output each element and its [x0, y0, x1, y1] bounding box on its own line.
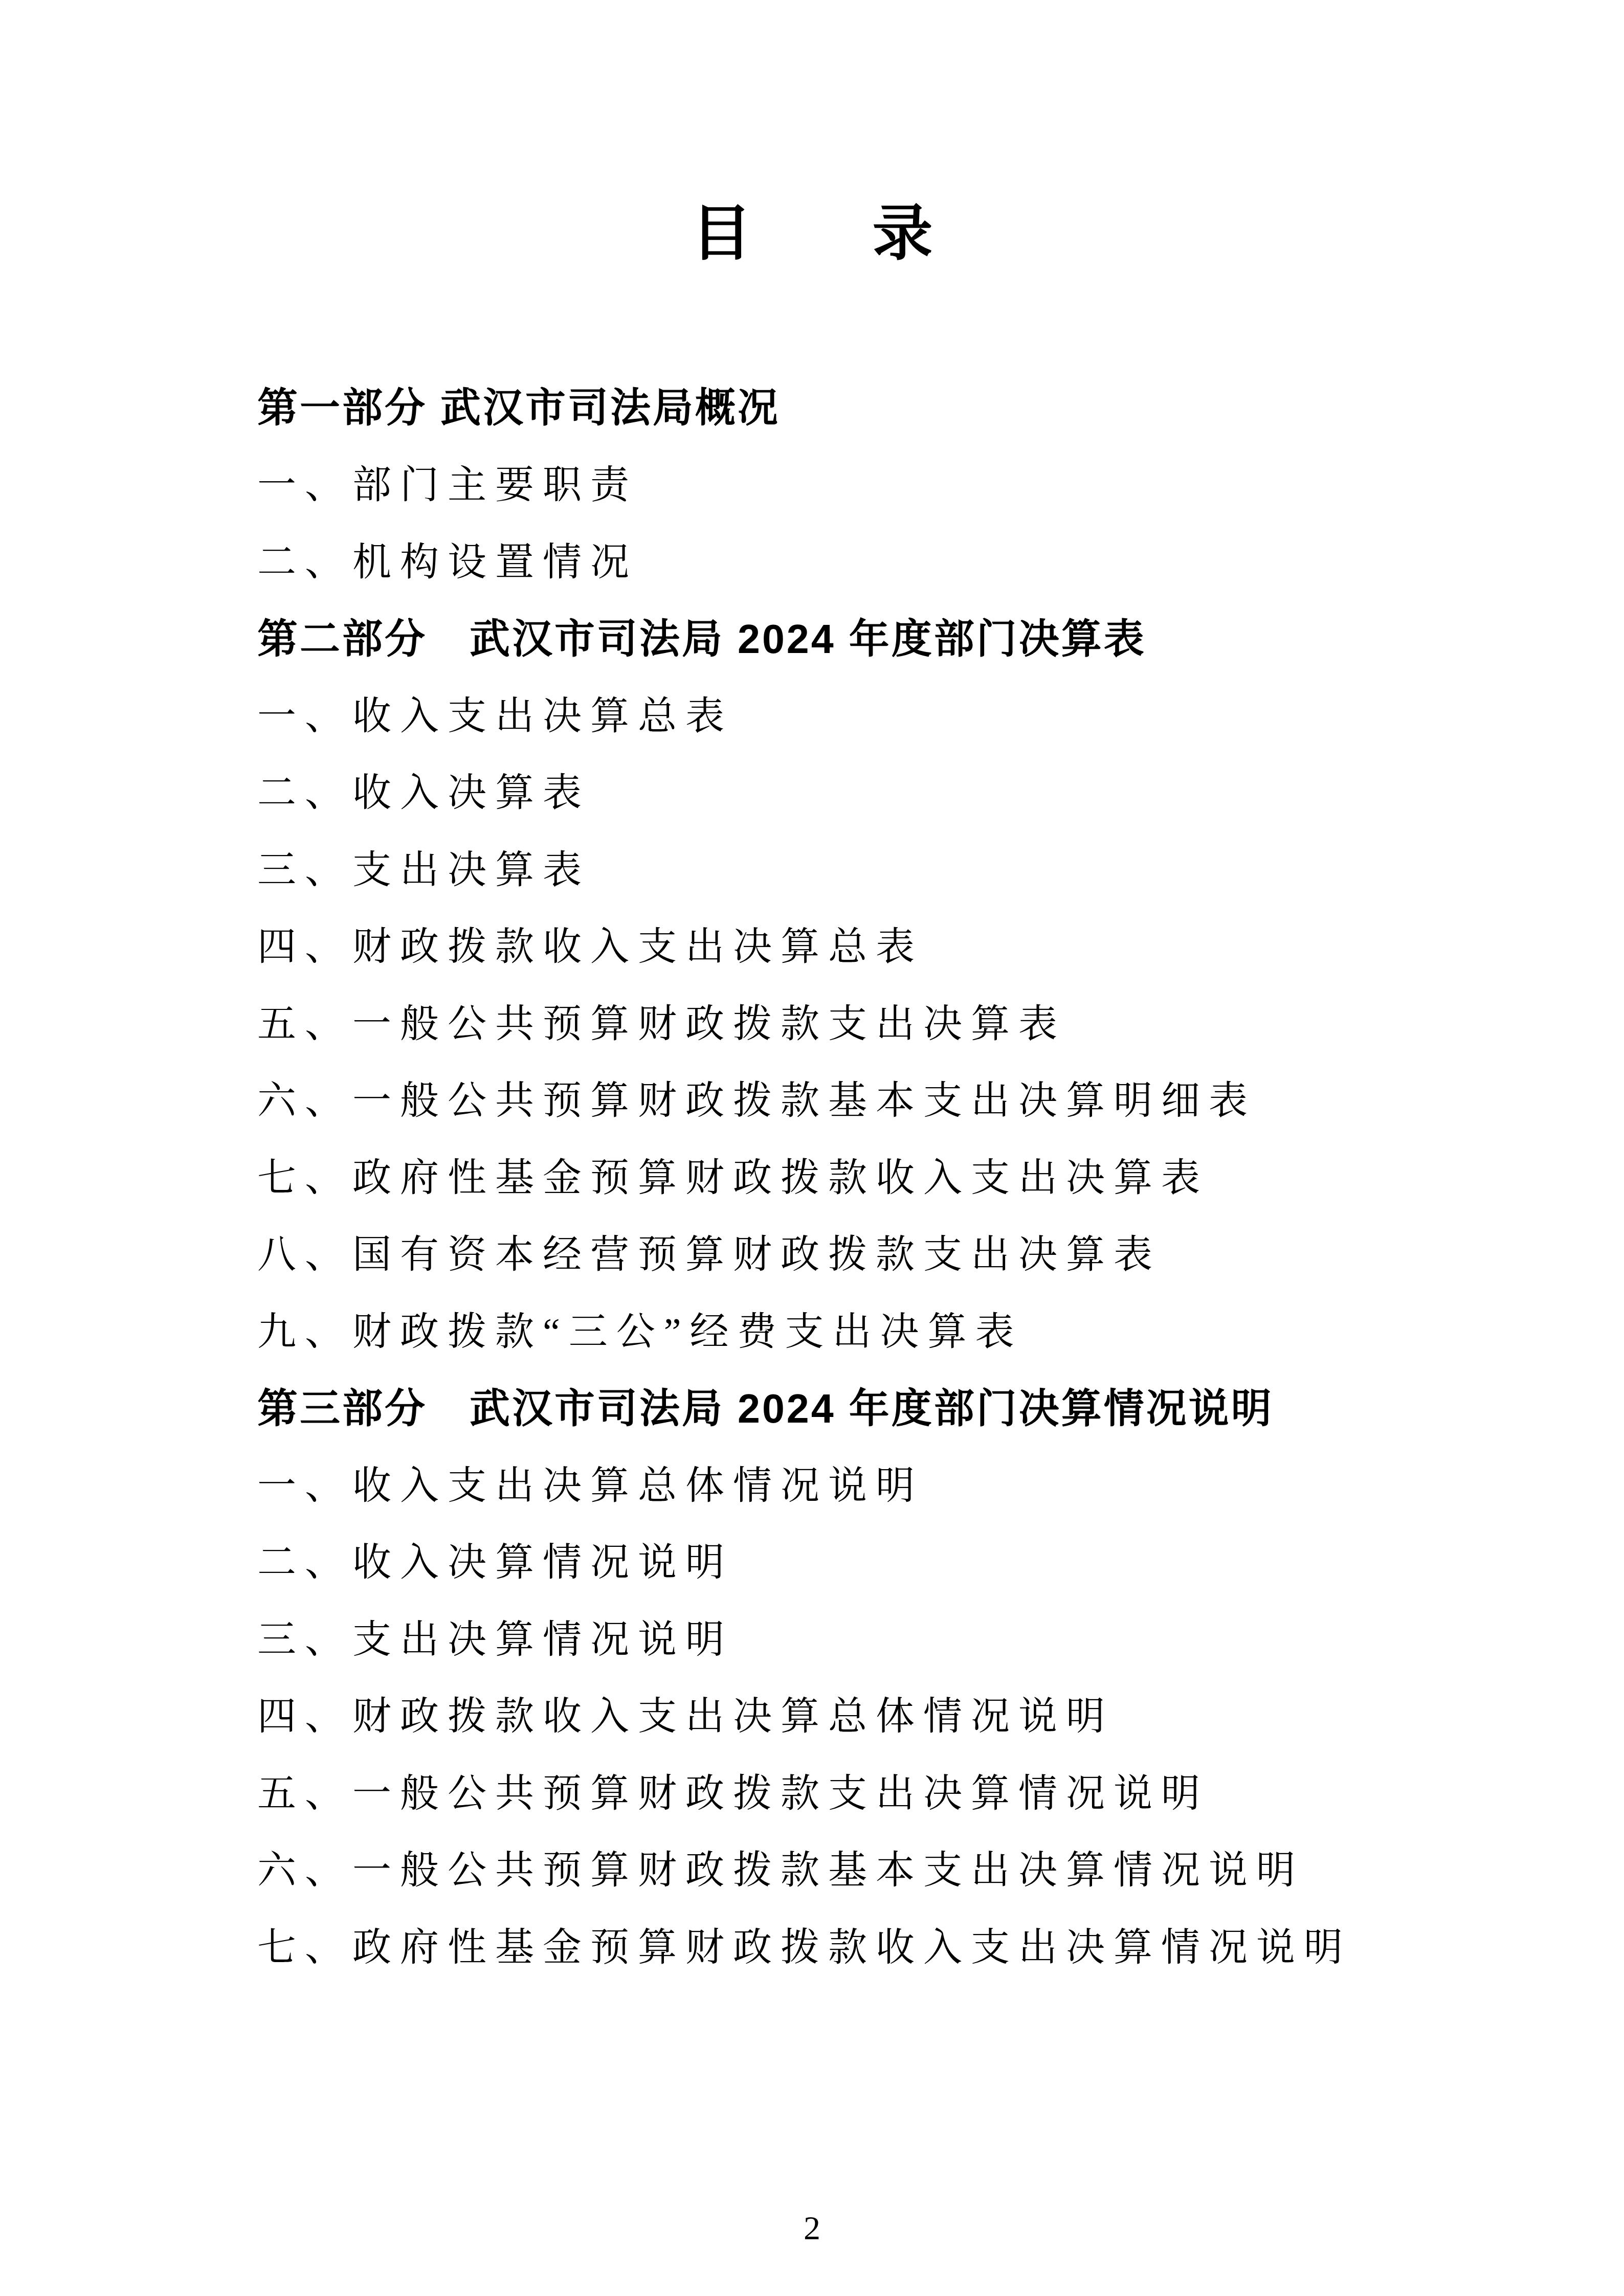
toc-item: 三、支出决算情况说明 — [257, 1597, 1491, 1675]
toc-item: 二、机构设置情况 — [257, 520, 1491, 597]
page-title: 目 录 — [0, 202, 1624, 266]
toc-item: 三、支出决算表 — [257, 828, 1491, 905]
document-page: 目 录 第一部分 武汉市司法局概况 一、部门主要职责 二、机构设置情况 第二部分… — [0, 0, 1624, 2296]
toc-section-2-heading: 第二部分 武汉市司法局 2024 年度部门决算表 — [257, 597, 1491, 674]
toc-item: 五、一般公共预算财政拨款支出决算表 — [257, 982, 1491, 1059]
toc-section-3-heading: 第三部分 武汉市司法局 2024 年度部门决算情况说明 — [257, 1367, 1491, 1444]
toc-item: 七、政府性基金预算财政拨款收入支出决算表 — [257, 1136, 1491, 1213]
toc-item: 四、财政拨款收入支出决算总表 — [257, 905, 1491, 982]
page-number: 2 — [0, 2209, 1624, 2248]
toc-item: 一、部门主要职责 — [257, 443, 1491, 521]
toc-item: 六、一般公共预算财政拨款基本支出决算情况说明 — [257, 1829, 1491, 1906]
toc-item: 九、财政拨款“三公”经费支出决算表 — [257, 1290, 1491, 1367]
toc-item: 四、财政拨款收入支出决算总体情况说明 — [257, 1675, 1491, 1752]
toc-item: 二、收入决算表 — [257, 751, 1491, 828]
toc-item: 七、政府性基金预算财政拨款收入支出决算情况说明 — [257, 1905, 1491, 1983]
table-of-contents: 第一部分 武汉市司法局概况 一、部门主要职责 二、机构设置情况 第二部分 武汉市… — [257, 366, 1491, 1983]
toc-item: 二、收入决算情况说明 — [257, 1521, 1491, 1598]
toc-item: 八、国有资本经营预算财政拨款支出决算表 — [257, 1213, 1491, 1290]
toc-item: 一、收入支出决算总表 — [257, 674, 1491, 751]
toc-item: 一、收入支出决算总体情况说明 — [257, 1444, 1491, 1521]
toc-section-1-heading: 第一部分 武汉市司法局概况 — [257, 366, 1491, 443]
toc-item: 六、一般公共预算财政拨款基本支出决算明细表 — [257, 1059, 1491, 1136]
toc-item: 五、一般公共预算财政拨款支出决算情况说明 — [257, 1751, 1491, 1829]
